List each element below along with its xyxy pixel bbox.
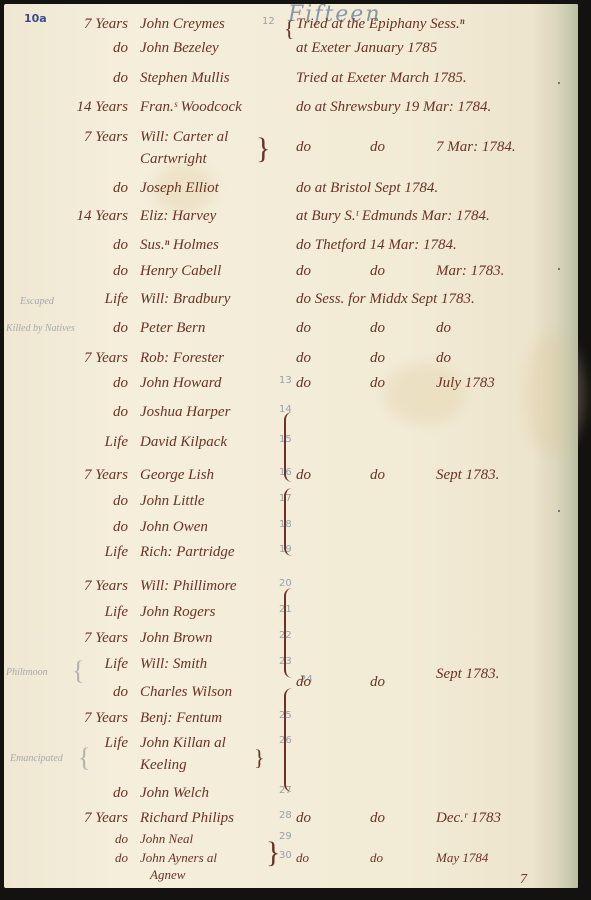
trial-ditto: do [296,139,311,156]
sentence-term: 7 Years [84,129,128,146]
entry-row: 7 Years Will: Carter al Cartwright do do… [0,129,591,173]
convict-name: John Ayners al [140,850,217,866]
sentence-term: 7 Years [84,350,128,367]
trial-ditto: do [296,263,311,280]
trial-ditto: do [296,320,311,337]
entry-row: do Stephen Mullis Tried at Exeter March … [0,70,591,92]
entry-row: do Charles Wilson 24 do do [0,684,591,706]
place-ditto: do [370,263,385,280]
ink-dot [558,82,560,84]
entry-row: Life John Killan al Keeling 26 [0,735,591,779]
convict-name: Henry Cabell [140,263,221,280]
convict-name: Will: Phillimore [140,578,237,595]
convict-name: John Bezeley [140,40,219,57]
ink-brace-group [284,412,292,482]
convict-name: Will: Bradbury [140,291,230,308]
trial-ditto: do [296,850,309,866]
entry-row: Life Will: Bradbury do Sess. for Middx S… [0,291,591,313]
entry-row: do Peter Bern do do do [0,320,591,342]
sentence-term: do [113,70,128,87]
sentence-term: do [113,263,128,280]
convict-name: John Brown [140,630,212,647]
ink-brace: } [266,836,280,870]
convict-name: Will: Smith [140,656,207,673]
ink-dot [558,510,560,512]
trial-ditto: do [296,674,311,691]
place-ditto: do [370,810,385,827]
entry-number: 12 [262,16,275,27]
entry-row: Life David Kilpack 15 [0,434,591,456]
sentence-term: 7 Years [84,810,128,827]
sentence-term: 7 Years [84,467,128,484]
sentence-term: 7 Years [84,16,128,33]
sentence-term: 14 Years [76,208,128,225]
place-ditto: do [370,320,385,337]
entry-number: 13 [279,375,292,386]
date-ditto: do [436,320,451,337]
trial-info: do at Bristol Sept 1784. [296,180,438,197]
sentence-term: 14 Years [76,99,128,116]
entry-number: 28 [279,810,292,821]
convict-name: John Neal [140,831,193,847]
trial-info: Tried at Exeter March 1785. [296,70,467,87]
convict-name: John Little [140,493,205,510]
entry-row: 14 Years Eliz: Harvey at Bury S.ᵗ Edmund… [0,208,591,230]
entry-row: 7 Years Rob: Forester do do do [0,350,591,372]
place-ditto: do [370,375,385,392]
sentence-term: do [113,493,128,510]
sentence-term: 7 Years [84,578,128,595]
trial-info: Tried at the Epiphany Sess.ⁿ [296,16,464,33]
trial-date: July 1783 [436,375,495,392]
convict-name: Will: Carter al [140,129,228,146]
sentence-term: Life [105,735,128,752]
convict-name: Benj: Fentum [140,710,222,727]
ink-brace: } [254,745,265,771]
page-number: 7 [520,872,527,888]
convict-name: John Howard [140,375,222,392]
entry-row: 7 Years John Creymes 12 Tried at the Epi… [0,16,591,38]
entry-number: 29 [279,831,292,842]
sentence-term: do [113,237,128,254]
ink-brace-group [284,488,292,556]
sentence-term: do [113,180,128,197]
entry-row: do Joshua Harper 14 [0,404,591,426]
convict-alias: Agnew [150,867,185,883]
trial-ditto: do [296,810,311,827]
ink-dot [558,268,560,270]
entry-row: do John Little 17 [0,493,591,515]
sentence-term: do [113,404,128,421]
trial-date: Dec.ʳ 1783 [436,810,501,827]
convict-name: Fran.ˢ Woodcock [140,99,242,116]
convict-name: Richard Philips [140,810,234,827]
convict-name: Charles Wilson [140,684,232,701]
sentence-term: Life [105,656,128,673]
sentence-term: Life [105,604,128,621]
sentence-term: 7 Years [84,710,128,727]
trial-ditto: do [296,350,311,367]
sentence-term: 7 Years [84,630,128,647]
date-ditto: do [436,350,451,367]
convict-name: John Owen [140,519,208,536]
trial-date: Sept 1783. [436,467,499,484]
convict-name: David Kilpack [140,434,227,451]
sentence-term: Life [105,544,128,561]
convict-name: John Welch [140,785,209,802]
trial-ditto: do [296,375,311,392]
sentence-term: Life [105,434,128,451]
trial-date: May 1784 [436,850,488,866]
entry-number: 30 [279,850,292,861]
sentence-term: do [113,785,128,802]
place-ditto: do [370,139,385,156]
entry-row: 7 Years Richard Philips 28 do do Dec.ʳ 1… [0,810,591,832]
trial-info: do at Shrewsbury 19 Mar: 1784. [296,99,491,116]
trial-ditto: do [296,467,311,484]
entry-row: do John Ayners al Agnew 30 do do May 178… [0,850,591,890]
ink-brace-group [284,688,292,792]
sentence-term: do [115,850,128,866]
place-ditto: do [370,674,385,691]
ink-brace: } [256,132,270,166]
entry-row: Life Rich: Partridge 19 [0,544,591,566]
convict-name: Rich: Partridge [140,544,235,561]
sentence-term: do [113,519,128,536]
entry-row: do Henry Cabell do do Mar: 1783. [0,263,591,285]
sentence-term: do [113,684,128,701]
place-ditto: do [370,467,385,484]
entry-row: do John Welch 27 [0,785,591,807]
ink-brace-group [284,588,292,678]
trial-info: do Thetford 14 Mar: 1784. [296,237,457,254]
trial-date: 7 Mar: 1784. [436,139,516,156]
sentence-term: do [115,831,128,847]
convict-name: Rob: Forester [140,350,224,367]
place-ditto: do [370,850,383,866]
entry-row: do Joseph Elliot do at Bristol Sept 1784… [0,180,591,202]
entry-row: 7 Years Benj: Fentum 25 [0,710,591,732]
entry-row: do John Owen 18 [0,519,591,541]
convict-name: John Killan al [140,735,226,752]
convict-name: Eliz: Harvey [140,208,216,225]
convict-name: John Creymes [140,16,225,33]
entry-row: do Sus.ⁿ Holmes do Thetford 14 Mar: 1784… [0,237,591,259]
convict-name: Peter Bern [140,320,205,337]
entry-row: do John Howard 13 do do July 1783 [0,375,591,397]
convict-name: Joseph Elliot [140,180,219,197]
entry-row: 7 Years John Brown 22 [0,630,591,652]
convict-name: George Lish [140,467,214,484]
sentence-term: do [113,40,128,57]
trial-date: Sept 1783. [436,666,499,683]
place-ditto: do [370,350,385,367]
entry-row: 7 Years Will: Phillimore 20 [0,578,591,600]
convict-alias: Keeling [140,757,187,774]
convict-alias: Cartwright [140,151,207,168]
trial-info: at Exeter January 1785 [296,40,437,57]
convict-name: Joshua Harper [140,404,230,421]
entry-row: 14 Years Fran.ˢ Woodcock do at Shrewsbur… [0,99,591,121]
entry-row: Life John Rogers 21 [0,604,591,626]
sentence-term: Life [105,291,128,308]
sentence-term: do [113,320,128,337]
entry-row: 7 Years George Lish 16 do do Sept 1783. [0,467,591,489]
convict-name: Stephen Mullis [140,70,230,87]
convict-name: Sus.ⁿ Holmes [140,237,219,254]
convict-name: John Rogers [140,604,215,621]
sentence-term: do [113,375,128,392]
trial-info: do Sess. for Middx Sept 1783. [296,291,475,308]
entry-row: do John Bezeley at Exeter January 1785 [0,40,591,62]
trial-date: Mar: 1783. [436,263,504,280]
ink-brace: { [284,16,295,42]
trial-info: at Bury S.ᵗ Edmunds Mar: 1784. [296,208,490,225]
